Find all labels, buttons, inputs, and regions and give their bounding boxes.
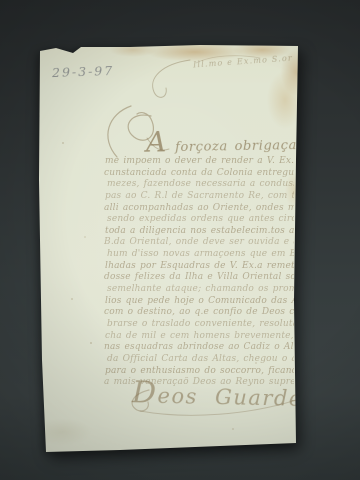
manuscript-body: me impoem o dever de render a V. Ex.a ju… xyxy=(104,156,294,390)
manuscript-text-line: com o destino, ao q.e confio de Deos cos… xyxy=(104,307,294,319)
address-heading: Ill.mo e Ex.mo S.or xyxy=(193,54,293,70)
manuscript-text-line: nas esquadras abrindose ao Cadiz o Almir… xyxy=(104,342,294,354)
manuscript-text-line: semelhante ataque; chamando os promptos … xyxy=(107,284,294,296)
initial-outer-swash xyxy=(108,106,131,157)
foxing-specks xyxy=(0,0,2,2)
photo-backdrop: 29-3-97 Ill.mo e Ex.mo S.or A forçoza ob… xyxy=(0,0,360,480)
manuscript-text-line: cha de mil e cem homens brevemente, pode… xyxy=(105,331,294,343)
manuscript-text-line: lios que pede hoje o Comunicado das Arma… xyxy=(105,296,294,308)
opening-line: A forçoza obrigaçaõ que xyxy=(146,122,339,158)
manuscript-text-line: mezes, fazendose necessaria a condussaõ … xyxy=(107,179,294,191)
manuscript-text-line: me impoem o dever de render a V. Ex.a ju… xyxy=(105,156,294,168)
manuscript-text-line: dosse felizes da Ilha e Villa Oriental s… xyxy=(104,272,294,284)
pencil-date-annotation: 29-3-97 xyxy=(52,63,115,80)
manuscript-text-line: da Official Carta das Altas, chegou o av… xyxy=(107,354,294,366)
manuscript-page: 29-3-97 Ill.mo e Ex.mo S.or A forçoza ob… xyxy=(0,0,360,480)
manuscript-text-line: hum d'isso novas armaçoens que em Brig.e… xyxy=(107,249,294,261)
manuscript-text-line: lhadas por Esquadras de V. Ex.a remetter… xyxy=(105,261,294,273)
manuscript-text-line: toda a diligencia nos estabelecim.tos ad… xyxy=(105,226,294,238)
manuscript-text-line: B.da Oriental, onde deve ser ouvida e ad… xyxy=(104,237,294,249)
manuscript-text-line: brarse o traslado conveniente, resolutan… xyxy=(107,319,294,331)
manuscript-text-line: cunstanciada conta da Colonia entregue p… xyxy=(104,168,294,180)
paper-shadow: 29-3-97 Ill.mo e Ex.mo S.or A forçoza ob… xyxy=(0,0,360,480)
manuscript-text-line: alli acompanhadas ao Oriente, ondes mesm… xyxy=(104,203,294,215)
valediction: Deos Guarde xyxy=(132,376,304,416)
manuscript-text-line: pas ao C. R.l de Sacramento Re, com toda… xyxy=(105,191,294,203)
manuscript-text-line: sendo expedidas ordens que antes circuns… xyxy=(107,214,294,226)
heading-flourish xyxy=(153,60,190,97)
